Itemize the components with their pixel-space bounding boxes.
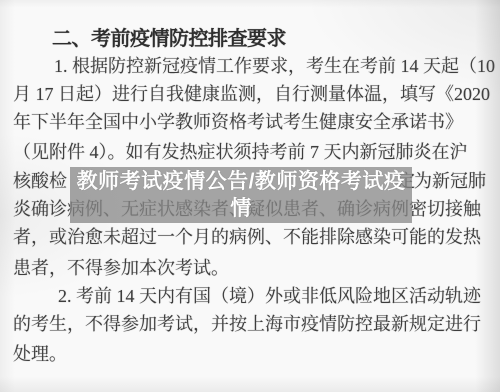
body-line-2: 月 17 日起）进行自我健康监测，自行测量体温，填写《2020 <box>13 83 490 105</box>
line5-left-fragment: 核酸检 <box>13 170 67 192</box>
line5-right-fragment: 为新冠肺 <box>414 170 486 192</box>
body-line-10: 的考生，不得参加考试，并按上海市疫情防控最新规定进行 <box>13 313 481 335</box>
document-scan-page: 二、考前疫情防控排查要求 1. 根据防控新冠疫情工作要求，考生在考前 14 天起… <box>0 0 500 392</box>
watermark-overlay: 教师考试疫情公告/教师资格考试疫 情 <box>70 167 412 223</box>
body-line-4: （见附件 4）。如有发热症状须持考前 7 天内新冠肺炎在沪 <box>13 141 468 163</box>
watermark-text-line2: 情 <box>70 195 412 222</box>
body-line-11: 处理。 <box>13 343 67 365</box>
body-line-3: 年下半年全国中小学教师资格考试考生健康安全承诺书》 <box>13 111 463 133</box>
section-heading: 二、考前疫情防控排查要求 <box>52 22 286 51</box>
body-line-1: 1. 根据防控新冠疫情工作要求，考生在考前 14 天起（10 <box>54 55 495 77</box>
body-line-9: 2. 考前 14 天内有国（境）外或非低风险地区活动轨迹 <box>58 285 481 307</box>
body-line-8: 患者，不得参加本次考试。 <box>13 257 229 279</box>
body-line-7: 者，或治愈未超过一个月的病例、不能排除感染可能的发热 <box>13 226 481 248</box>
watermark-text-line1: 教师考试疫情公告/教师资格考试疫 <box>70 168 412 195</box>
